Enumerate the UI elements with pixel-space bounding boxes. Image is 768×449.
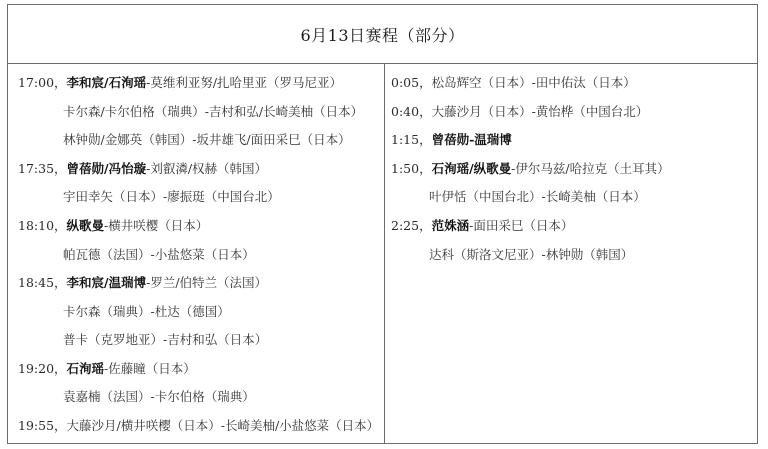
list-item: 18:10，纵歌曼-横井咲樱（日本） — [18, 216, 208, 236]
right-column: 0:05，松岛辉空（日本）-田中佑汰（日本） 0:40，大藤沙月（日本）-黄怡桦… — [385, 64, 757, 443]
list-item: 2:25，范姝涵-面田采巳（日本） — [391, 216, 573, 236]
schedule-table: 6月13日赛程（部分） 17:00，李和宸/石洵瑶-莫维利亚努/扎哈里亚（罗马尼… — [7, 4, 758, 444]
list-item: 普卡（克罗地亚）-吉村和弘（日本） — [63, 330, 267, 350]
list-item: 19:20，石洵瑶-佐藤瞳（日本） — [18, 359, 196, 379]
list-item: 达科（斯洛文尼亚）-林钟勋（韩国） — [429, 245, 633, 265]
table-header: 6月13日赛程（部分） — [8, 5, 757, 64]
list-item: 卡尔森（瑞典）-杜达（德国） — [63, 302, 230, 322]
list-item: 1:50，石洵瑶/纵歌曼-伊尔马兹/哈拉克（土耳其） — [391, 159, 670, 179]
list-item: 17:35，曾蓓勋/冯怡璇-刘叡潾/权赫（韩国） — [18, 159, 267, 179]
list-item: 1:15，曾蓓勋-温瑞博 — [391, 130, 512, 150]
list-item: 袁嘉楠（法国）-卡尔伯格（瑞典） — [63, 387, 255, 407]
list-item: 19:55，大藤沙月/横井咲樱（日本）-长崎美柚/小盐悠菜（日本） — [18, 416, 379, 436]
list-item: 0:05，松岛辉空（日本）-田中佑汰（日本） — [391, 73, 636, 93]
list-item: 18:45，李和宸/温瑞博-罗兰/伯特兰（法国） — [18, 273, 267, 293]
list-item: 林钟勋/金娜英（韩国）-坂井雄飞/面田采巳（日本） — [63, 130, 351, 150]
list-item: 宇田幸矢（日本）-廖振珽（中国台北） — [63, 187, 280, 207]
left-column: 17:00，李和宸/石洵瑶-莫维利亚努/扎哈里亚（罗马尼亚） 卡尔森/卡尔伯格（… — [8, 64, 385, 443]
list-item: 17:00，李和宸/石洵瑶-莫维利亚努/扎哈里亚（罗马尼亚） — [18, 73, 342, 93]
list-item: 卡尔森/卡尔伯格（瑞典）-吉村和弘/长崎美柚（日本） — [63, 102, 363, 122]
list-item: 0:40，大藤沙月（日本）-黄怡桦（中国台北） — [391, 102, 648, 122]
list-item: 帕瓦德（法国）-小盐悠菜（日本） — [63, 245, 255, 265]
list-item: 叶伊恬（中国台北）-长崎美柚（日本） — [429, 187, 646, 207]
page-title: 6月13日赛程（部分） — [300, 23, 464, 46]
